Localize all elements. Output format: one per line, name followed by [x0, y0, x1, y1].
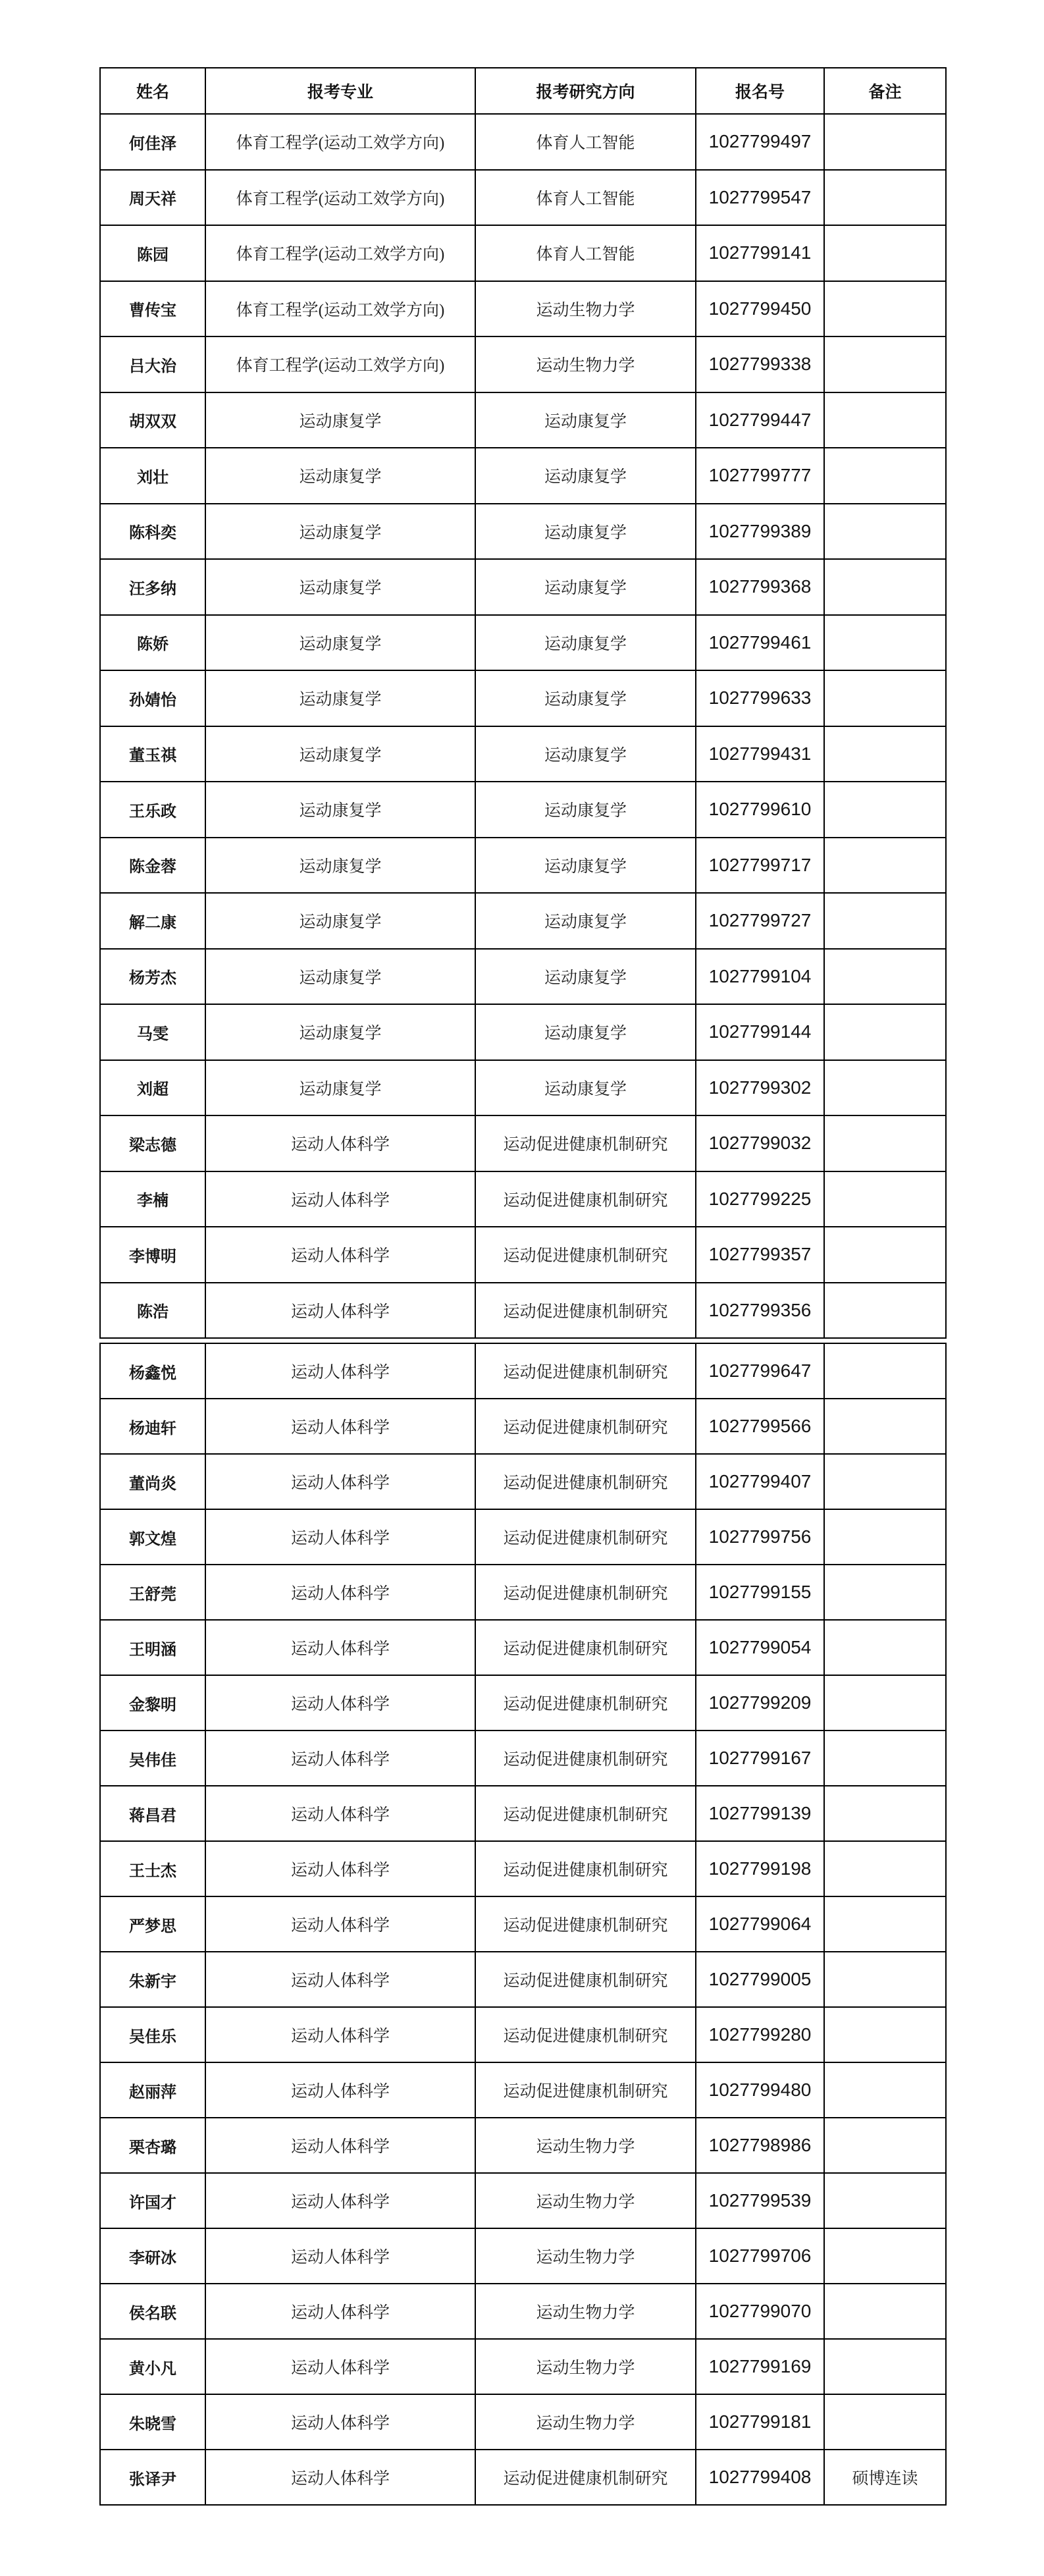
- cell-remark: [824, 838, 946, 894]
- cell-reg-no: 1027799777: [696, 448, 824, 504]
- cell-major: 运动康复学: [205, 392, 475, 448]
- cell-reg-no: 1027799389: [696, 504, 824, 560]
- cell-direction: 运动康复学: [475, 1004, 696, 1060]
- cell-name: 朱新宇: [100, 1952, 205, 2007]
- cell-direction: 运动促进健康机制研究: [475, 1509, 696, 1565]
- cell-name: 侯名联: [100, 2284, 205, 2339]
- cell-remark: [824, 615, 946, 671]
- table-row: 解二康运动康复学运动康复学1027799727: [100, 893, 946, 949]
- cell-major: 运动康复学: [205, 782, 475, 838]
- table-row: 刘壮运动康复学运动康复学1027799777: [100, 448, 946, 504]
- cell-name: 陈园: [100, 225, 205, 281]
- cell-remark: [824, 1115, 946, 1171]
- cell-name: 李研冰: [100, 2228, 205, 2284]
- cell-name: 朱晓雪: [100, 2394, 205, 2450]
- column-header-reg-no: 报名号: [696, 68, 824, 114]
- cell-remark: [824, 670, 946, 726]
- cell-major: 运动人体科学: [205, 1786, 475, 1841]
- cell-reg-no: 1027799181: [696, 2394, 824, 2450]
- table-row: 周天祥体育工程学(运动工效学方向)体育人工智能1027799547: [100, 170, 946, 226]
- cell-remark: [824, 1060, 946, 1116]
- cell-direction: 运动康复学: [475, 559, 696, 615]
- cell-direction: 运动生物力学: [475, 2228, 696, 2284]
- cell-major: 运动人体科学: [205, 2007, 475, 2062]
- cell-name: 胡双双: [100, 392, 205, 448]
- cell-reg-no: 1027799547: [696, 170, 824, 226]
- table-row: 金黎明运动人体科学运动促进健康机制研究1027799209: [100, 1675, 946, 1731]
- cell-remark: [824, 504, 946, 560]
- table-row: 吕大治体育工程学(运动工效学方向)运动生物力学1027799338: [100, 336, 946, 392]
- cell-reg-no: 1027799706: [696, 2228, 824, 2284]
- cell-name: 李博明: [100, 1227, 205, 1283]
- cell-direction: 运动促进健康机制研究: [475, 1620, 696, 1675]
- cell-remark: [824, 448, 946, 504]
- cell-major: 运动康复学: [205, 893, 475, 949]
- cell-reg-no: 1027799302: [696, 1060, 824, 1116]
- cell-direction: 运动康复学: [475, 1060, 696, 1116]
- cell-major: 运动人体科学: [205, 2394, 475, 2450]
- table-row: 王士杰运动人体科学运动促进健康机制研究1027799198: [100, 1841, 946, 1896]
- table-row: 孙婧怡运动康复学运动康复学1027799633: [100, 670, 946, 726]
- cell-major: 运动康复学: [205, 559, 475, 615]
- cell-direction: 体育人工智能: [475, 225, 696, 281]
- cell-name: 王乐政: [100, 782, 205, 838]
- cell-reg-no: 1027799356: [696, 1283, 824, 1339]
- table-row: 杨芳杰运动康复学运动康复学1027799104: [100, 949, 946, 1005]
- cell-direction: 运动促进健康机制研究: [475, 1399, 696, 1454]
- cell-direction: 运动促进健康机制研究: [475, 2062, 696, 2118]
- table-row: 杨鑫悦运动人体科学运动促进健康机制研究1027799647: [100, 1343, 946, 1399]
- table-row: 李博明运动人体科学运动促进健康机制研究1027799357: [100, 1227, 946, 1283]
- cell-reg-no: 1027799225: [696, 1171, 824, 1227]
- cell-remark: [824, 893, 946, 949]
- cell-major: 体育工程学(运动工效学方向): [205, 336, 475, 392]
- table-row: 侯名联运动人体科学运动生物力学1027799070: [100, 2284, 946, 2339]
- cell-direction: 运动康复学: [475, 782, 696, 838]
- table-row: 陈金蓉运动康复学运动康复学1027799717: [100, 838, 946, 894]
- cell-name: 李楠: [100, 1171, 205, 1227]
- cell-name: 蒋昌君: [100, 1786, 205, 1841]
- cell-major: 运动人体科学: [205, 1620, 475, 1675]
- table-row: 陈娇运动康复学运动康复学1027799461: [100, 615, 946, 671]
- cell-remark: [824, 2394, 946, 2450]
- cell-major: 运动人体科学: [205, 2118, 475, 2173]
- cell-remark: [824, 1227, 946, 1283]
- cell-reg-no: 1027799144: [696, 1004, 824, 1060]
- cell-major: 运动康复学: [205, 838, 475, 894]
- admission-table-page-2: 杨鑫悦运动人体科学运动促进健康机制研究1027799647杨迪轩运动人体科学运动…: [99, 1343, 947, 2506]
- cell-reg-no: 1027799155: [696, 1565, 824, 1620]
- cell-direction: 运动生物力学: [475, 2118, 696, 2173]
- document-page: 姓名 报考专业 报考研究方向 报名号 备注 何佳泽体育工程学(运动工效学方向)体…: [99, 67, 945, 2506]
- column-header-major: 报考专业: [205, 68, 475, 114]
- cell-reg-no: 1027799357: [696, 1227, 824, 1283]
- cell-reg-no: 1027798986: [696, 2118, 824, 2173]
- cell-name: 吴佳乐: [100, 2007, 205, 2062]
- cell-reg-no: 1027799338: [696, 336, 824, 392]
- cell-name: 马雯: [100, 1004, 205, 1060]
- cell-name: 杨迪轩: [100, 1399, 205, 1454]
- cell-remark: [824, 2284, 946, 2339]
- cell-name: 刘超: [100, 1060, 205, 1116]
- cell-remark: [824, 1509, 946, 1565]
- cell-reg-no: 1027799407: [696, 1454, 824, 1509]
- cell-name: 刘壮: [100, 448, 205, 504]
- cell-name: 张译尹: [100, 2450, 205, 2505]
- cell-remark: [824, 1731, 946, 1786]
- cell-remark: [824, 1952, 946, 2007]
- table-row: 黄小凡运动人体科学运动生物力学1027799169: [100, 2339, 946, 2394]
- cell-direction: 运动促进健康机制研究: [475, 2450, 696, 2505]
- table-row: 杨迪轩运动人体科学运动促进健康机制研究1027799566: [100, 1399, 946, 1454]
- cell-remark: [824, 2173, 946, 2228]
- cell-reg-no: 1027799447: [696, 392, 824, 448]
- table-row: 陈科奕运动康复学运动康复学1027799389: [100, 504, 946, 560]
- cell-remark: [824, 170, 946, 226]
- cell-name: 曹传宝: [100, 281, 205, 337]
- table-row: 王明涵运动人体科学运动促进健康机制研究1027799054: [100, 1620, 946, 1675]
- cell-direction: 运动促进健康机制研究: [475, 1115, 696, 1171]
- cell-direction: 运动康复学: [475, 615, 696, 671]
- table-row: 董尚炎运动人体科学运动促进健康机制研究1027799407: [100, 1454, 946, 1509]
- cell-major: 运动康复学: [205, 615, 475, 671]
- cell-name: 梁志德: [100, 1115, 205, 1171]
- cell-reg-no: 1027799209: [696, 1675, 824, 1731]
- cell-reg-no: 1027799633: [696, 670, 824, 726]
- table-row: 曹传宝体育工程学(运动工效学方向)运动生物力学1027799450: [100, 281, 946, 337]
- cell-remark: [824, 336, 946, 392]
- table-row: 吴伟佳运动人体科学运动促进健康机制研究1027799167: [100, 1731, 946, 1786]
- cell-name: 何佳泽: [100, 114, 205, 170]
- cell-remark: [824, 281, 946, 337]
- cell-name: 董玉祺: [100, 726, 205, 782]
- cell-reg-no: 1027799139: [696, 1786, 824, 1841]
- column-header-direction: 报考研究方向: [475, 68, 696, 114]
- cell-major: 运动人体科学: [205, 1565, 475, 1620]
- column-header-name: 姓名: [100, 68, 205, 114]
- cell-reg-no: 1027799280: [696, 2007, 824, 2062]
- cell-major: 运动人体科学: [205, 2284, 475, 2339]
- cell-name: 吴伟佳: [100, 1731, 205, 1786]
- cell-remark: [824, 225, 946, 281]
- table-row: 张译尹运动人体科学运动促进健康机制研究1027799408硕博连读: [100, 2450, 946, 2505]
- cell-direction: 运动康复学: [475, 504, 696, 560]
- cell-reg-no: 1027799169: [696, 2339, 824, 2394]
- cell-remark: [824, 2118, 946, 2173]
- cell-remark: [824, 1896, 946, 1952]
- cell-major: 运动人体科学: [205, 1115, 475, 1171]
- cell-major: 运动人体科学: [205, 1343, 475, 1399]
- table-row: 汪多纳运动康复学运动康复学1027799368: [100, 559, 946, 615]
- cell-major: 运动人体科学: [205, 1454, 475, 1509]
- cell-major: 运动人体科学: [205, 1509, 475, 1565]
- cell-major: 体育工程学(运动工效学方向): [205, 281, 475, 337]
- cell-remark: [824, 949, 946, 1005]
- cell-direction: 运动康复学: [475, 392, 696, 448]
- cell-remark: [824, 1786, 946, 1841]
- cell-remark: [824, 2339, 946, 2394]
- cell-name: 王明涵: [100, 1620, 205, 1675]
- cell-major: 运动人体科学: [205, 2450, 475, 2505]
- cell-major: 运动人体科学: [205, 2173, 475, 2228]
- cell-direction: 体育人工智能: [475, 114, 696, 170]
- cell-direction: 运动生物力学: [475, 336, 696, 392]
- cell-remark: [824, 1399, 946, 1454]
- table-row: 吴佳乐运动人体科学运动促进健康机制研究1027799280: [100, 2007, 946, 2062]
- table-header-row: 姓名 报考专业 报考研究方向 报名号 备注: [100, 68, 946, 114]
- cell-major: 运动人体科学: [205, 1399, 475, 1454]
- cell-major: 运动人体科学: [205, 1227, 475, 1283]
- cell-name: 杨芳杰: [100, 949, 205, 1005]
- cell-major: 运动人体科学: [205, 2228, 475, 2284]
- cell-name: 周天祥: [100, 170, 205, 226]
- cell-remark: 硕博连读: [824, 2450, 946, 2505]
- cell-name: 吕大治: [100, 336, 205, 392]
- cell-name: 黄小凡: [100, 2339, 205, 2394]
- table-row: 郭文煌运动人体科学运动促进健康机制研究1027799756: [100, 1509, 946, 1565]
- cell-direction: 运动促进健康机制研究: [475, 1565, 696, 1620]
- table-row: 李研冰运动人体科学运动生物力学1027799706: [100, 2228, 946, 2284]
- cell-reg-no: 1027799431: [696, 726, 824, 782]
- cell-name: 陈科奕: [100, 504, 205, 560]
- cell-name: 严梦思: [100, 1896, 205, 1952]
- cell-major: 运动人体科学: [205, 1731, 475, 1786]
- cell-name: 王舒莞: [100, 1565, 205, 1620]
- cell-major: 体育工程学(运动工效学方向): [205, 114, 475, 170]
- table-row: 陈浩运动人体科学运动促进健康机制研究1027799356: [100, 1283, 946, 1339]
- cell-name: 陈浩: [100, 1283, 205, 1339]
- cell-reg-no: 1027799054: [696, 1620, 824, 1675]
- cell-reg-no: 1027799461: [696, 615, 824, 671]
- cell-reg-no: 1027799070: [696, 2284, 824, 2339]
- table-row: 赵丽萍运动人体科学运动促进健康机制研究1027799480: [100, 2062, 946, 2118]
- cell-remark: [824, 392, 946, 448]
- cell-direction: 运动促进健康机制研究: [475, 1952, 696, 2007]
- cell-remark: [824, 1171, 946, 1227]
- cell-direction: 运动康复学: [475, 838, 696, 894]
- cell-name: 董尚炎: [100, 1454, 205, 1509]
- table-row: 王舒莞运动人体科学运动促进健康机制研究1027799155: [100, 1565, 946, 1620]
- cell-major: 运动人体科学: [205, 1283, 475, 1339]
- cell-name: 郭文煌: [100, 1509, 205, 1565]
- table-row: 朱新宇运动人体科学运动促进健康机制研究1027799005: [100, 1952, 946, 2007]
- cell-remark: [824, 1454, 946, 1509]
- cell-reg-no: 1027799141: [696, 225, 824, 281]
- cell-name: 汪多纳: [100, 559, 205, 615]
- cell-reg-no: 1027799450: [696, 281, 824, 337]
- cell-major: 运动人体科学: [205, 2062, 475, 2118]
- admission-table-page-1: 姓名 报考专业 报考研究方向 报名号 备注 何佳泽体育工程学(运动工效学方向)体…: [99, 67, 947, 1339]
- cell-direction: 体育人工智能: [475, 170, 696, 226]
- cell-major: 运动康复学: [205, 726, 475, 782]
- table-row: 许国才运动人体科学运动生物力学1027799539: [100, 2173, 946, 2228]
- cell-major: 体育工程学(运动工效学方向): [205, 170, 475, 226]
- cell-reg-no: 1027799566: [696, 1399, 824, 1454]
- cell-direction: 运动生物力学: [475, 2339, 696, 2394]
- cell-remark: [824, 559, 946, 615]
- cell-reg-no: 1027799539: [696, 2173, 824, 2228]
- cell-reg-no: 1027799647: [696, 1343, 824, 1399]
- cell-direction: 运动康复学: [475, 893, 696, 949]
- cell-reg-no: 1027799756: [696, 1509, 824, 1565]
- cell-major: 运动康复学: [205, 670, 475, 726]
- cell-reg-no: 1027799717: [696, 838, 824, 894]
- table-row: 梁志德运动人体科学运动促进健康机制研究1027799032: [100, 1115, 946, 1171]
- table-row: 朱晓雪运动人体科学运动生物力学1027799181: [100, 2394, 946, 2450]
- cell-reg-no: 1027799104: [696, 949, 824, 1005]
- cell-direction: 运动康复学: [475, 448, 696, 504]
- cell-reg-no: 1027799032: [696, 1115, 824, 1171]
- cell-remark: [824, 2062, 946, 2118]
- cell-name: 王士杰: [100, 1841, 205, 1896]
- cell-remark: [824, 2007, 946, 2062]
- table-row: 陈园体育工程学(运动工效学方向)体育人工智能1027799141: [100, 225, 946, 281]
- cell-remark: [824, 2228, 946, 2284]
- cell-reg-no: 1027799005: [696, 1952, 824, 2007]
- cell-name: 栗杏璐: [100, 2118, 205, 2173]
- cell-direction: 运动康复学: [475, 670, 696, 726]
- cell-reg-no: 1027799167: [696, 1731, 824, 1786]
- cell-remark: [824, 1675, 946, 1731]
- cell-major: 运动人体科学: [205, 1841, 475, 1896]
- cell-reg-no: 1027799727: [696, 893, 824, 949]
- table-row: 李楠运动人体科学运动促进健康机制研究1027799225: [100, 1171, 946, 1227]
- cell-remark: [824, 1004, 946, 1060]
- table-row: 何佳泽体育工程学(运动工效学方向)体育人工智能1027799497: [100, 114, 946, 170]
- cell-major: 运动康复学: [205, 1004, 475, 1060]
- cell-direction: 运动促进健康机制研究: [475, 1786, 696, 1841]
- cell-reg-no: 1027799368: [696, 559, 824, 615]
- cell-direction: 运动促进健康机制研究: [475, 1227, 696, 1283]
- cell-reg-no: 1027799497: [696, 114, 824, 170]
- cell-direction: 运动促进健康机制研究: [475, 1171, 696, 1227]
- cell-major: 运动康复学: [205, 448, 475, 504]
- cell-direction: 运动生物力学: [475, 2173, 696, 2228]
- cell-remark: [824, 1620, 946, 1675]
- cell-name: 赵丽萍: [100, 2062, 205, 2118]
- table-row: 胡双双运动康复学运动康复学1027799447: [100, 392, 946, 448]
- cell-remark: [824, 726, 946, 782]
- cell-major: 运动人体科学: [205, 1896, 475, 1952]
- cell-major: 运动康复学: [205, 504, 475, 560]
- cell-direction: 运动促进健康机制研究: [475, 1896, 696, 1952]
- cell-remark: [824, 782, 946, 838]
- cell-direction: 运动促进健康机制研究: [475, 1454, 696, 1509]
- table-row: 栗杏璐运动人体科学运动生物力学1027798986: [100, 2118, 946, 2173]
- cell-major: 运动人体科学: [205, 1171, 475, 1227]
- cell-remark: [824, 114, 946, 170]
- table-row: 刘超运动康复学运动康复学1027799302: [100, 1060, 946, 1116]
- table-row: 马雯运动康复学运动康复学1027799144: [100, 1004, 946, 1060]
- cell-direction: 运动促进健康机制研究: [475, 1675, 696, 1731]
- cell-remark: [824, 1343, 946, 1399]
- cell-direction: 运动促进健康机制研究: [475, 1731, 696, 1786]
- cell-direction: 运动促进健康机制研究: [475, 2007, 696, 2062]
- cell-remark: [824, 1283, 946, 1339]
- cell-direction: 运动促进健康机制研究: [475, 1841, 696, 1896]
- cell-major: 运动人体科学: [205, 1952, 475, 2007]
- cell-reg-no: 1027799198: [696, 1841, 824, 1896]
- cell-reg-no: 1027799064: [696, 1896, 824, 1952]
- cell-direction: 运动生物力学: [475, 2394, 696, 2450]
- cell-major: 运动人体科学: [205, 1675, 475, 1731]
- cell-reg-no: 1027799610: [696, 782, 824, 838]
- cell-direction: 运动生物力学: [475, 2284, 696, 2339]
- cell-direction: 运动康复学: [475, 949, 696, 1005]
- cell-remark: [824, 1841, 946, 1896]
- cell-name: 杨鑫悦: [100, 1343, 205, 1399]
- cell-major: 体育工程学(运动工效学方向): [205, 225, 475, 281]
- table-row: 蒋昌君运动人体科学运动促进健康机制研究1027799139: [100, 1786, 946, 1841]
- cell-reg-no: 1027799408: [696, 2450, 824, 2505]
- cell-major: 运动人体科学: [205, 2339, 475, 2394]
- cell-direction: 运动促进健康机制研究: [475, 1283, 696, 1339]
- cell-name: 许国才: [100, 2173, 205, 2228]
- cell-direction: 运动康复学: [475, 726, 696, 782]
- cell-name: 孙婧怡: [100, 670, 205, 726]
- column-header-remark: 备注: [824, 68, 946, 114]
- cell-name: 解二康: [100, 893, 205, 949]
- table-row: 王乐政运动康复学运动康复学1027799610: [100, 782, 946, 838]
- cell-direction: 运动生物力学: [475, 281, 696, 337]
- cell-direction: 运动促进健康机制研究: [475, 1343, 696, 1399]
- cell-remark: [824, 1565, 946, 1620]
- table-row: 严梦思运动人体科学运动促进健康机制研究1027799064: [100, 1896, 946, 1952]
- cell-major: 运动康复学: [205, 949, 475, 1005]
- cell-name: 金黎明: [100, 1675, 205, 1731]
- cell-reg-no: 1027799480: [696, 2062, 824, 2118]
- cell-name: 陈金蓉: [100, 838, 205, 894]
- table-row: 董玉祺运动康复学运动康复学1027799431: [100, 726, 946, 782]
- cell-name: 陈娇: [100, 615, 205, 671]
- cell-major: 运动康复学: [205, 1060, 475, 1116]
